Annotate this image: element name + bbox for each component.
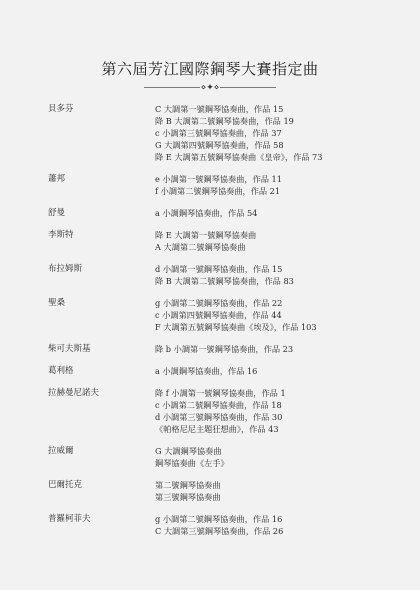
- composer-name: 普羅柯菲夫: [48, 513, 155, 537]
- works-list: d 小調第一號鋼琴協奏曲，作品 15降 B 大調第二號鋼琴協奏曲，作品 83: [155, 263, 388, 287]
- document-page: 第六屆芳江國際鋼琴大賽指定曲 ⋄✦⋄ 貝多芬C 大調第一號鋼琴協奏曲，作品 15…: [0, 0, 420, 590]
- work-item: e 小調第一號鋼琴協奏曲，作品 11: [155, 173, 388, 185]
- work-item: 降 B 大調第二號鋼琴協奏曲，作品 19: [155, 115, 388, 127]
- composer-name: 葛利格: [48, 365, 155, 377]
- work-item: A 大調第二號鋼琴協奏曲: [155, 241, 388, 253]
- page-title: 第六屆芳江國際鋼琴大賽指定曲: [0, 58, 420, 79]
- work-item: d 小調第一號鋼琴協奏曲，作品 15: [155, 263, 388, 275]
- work-item: 第二號鋼琴協奏曲: [155, 479, 388, 491]
- repertoire-list: 貝多芬C 大調第一號鋼琴協奏曲，作品 15降 B 大調第二號鋼琴協奏曲，作品 1…: [48, 103, 388, 547]
- work-item: C 大調第一號鋼琴協奏曲，作品 15: [155, 103, 388, 115]
- composer-entry: 舒曼a 小調鋼琴協奏曲，作品 54: [48, 207, 388, 219]
- work-item: 降 E 大調第五號鋼琴協奏曲《皇帝》，作品 73: [155, 151, 388, 163]
- composer-name: 拉威爾: [48, 445, 155, 469]
- composer-entry: 蕭邦e 小調第一號鋼琴協奏曲，作品 11f 小調第二號鋼琴協奏曲，作品 21: [48, 173, 388, 197]
- works-list: 降 f 小調第一號鋼琴協奏曲，作品 1c 小調第二號鋼琴協奏曲，作品 18d 小…: [155, 387, 388, 435]
- work-item: C 大調第三號鋼琴協奏曲，作品 26: [155, 525, 388, 537]
- composer-entry: 貝多芬C 大調第一號鋼琴協奏曲，作品 15降 B 大調第二號鋼琴協奏曲，作品 1…: [48, 103, 388, 163]
- works-list: g 小調第二號鋼琴協奏曲，作品 22c 小調第四號鋼琴協奏曲，作品 44F 大調…: [155, 297, 388, 333]
- composer-name: 巴爾托克: [48, 479, 155, 503]
- title-divider: ⋄✦⋄: [144, 85, 276, 91]
- composer-name: 李斯特: [48, 229, 155, 253]
- composer-entry: 普羅柯菲夫g 小調第二號鋼琴協奏曲，作品 16C 大調第三號鋼琴協奏曲，作品 2…: [48, 513, 388, 537]
- work-item: 降 b 小調第一號鋼琴協奏曲，作品 23: [155, 343, 388, 355]
- work-item: d 小調第三號鋼琴協奏曲，作品 30: [155, 411, 388, 423]
- composer-entry: 拉赫曼尼諾夫降 f 小調第一號鋼琴協奏曲，作品 1c 小調第二號鋼琴協奏曲，作品…: [48, 387, 388, 435]
- composer-entry: 聖桑g 小調第二號鋼琴協奏曲，作品 22c 小調第四號鋼琴協奏曲，作品 44F …: [48, 297, 388, 333]
- composer-name: 柴可夫斯基: [48, 343, 155, 355]
- work-item: a 小調鋼琴協奏曲，作品 54: [155, 207, 388, 219]
- works-list: e 小調第一號鋼琴協奏曲，作品 11f 小調第二號鋼琴協奏曲，作品 21: [155, 173, 388, 197]
- work-item: a 小調鋼琴協奏曲，作品 16: [155, 365, 388, 377]
- work-item: c 小調第三號鋼琴協奏曲，作品 37: [155, 127, 388, 139]
- work-item: 降 B 大調第二號鋼琴協奏曲，作品 83: [155, 275, 388, 287]
- work-item: 《帕格尼尼主題狂想曲》，作品 43: [155, 423, 388, 435]
- composer-entry: 李斯特降 E 大調第一號鋼琴協奏曲A 大調第二號鋼琴協奏曲: [48, 229, 388, 253]
- composer-entry: 布拉姆斯d 小調第一號鋼琴協奏曲，作品 15降 B 大調第二號鋼琴協奏曲，作品 …: [48, 263, 388, 287]
- composer-name: 蕭邦: [48, 173, 155, 197]
- work-item: G 大調鋼琴協奏曲: [155, 445, 388, 457]
- work-item: f 小調第二號鋼琴協奏曲，作品 21: [155, 185, 388, 197]
- composer-name: 貝多芬: [48, 103, 155, 163]
- works-list: g 小調第二號鋼琴協奏曲，作品 16C 大調第三號鋼琴協奏曲，作品 26: [155, 513, 388, 537]
- composer-name: 舒曼: [48, 207, 155, 219]
- works-list: G 大調鋼琴協奏曲鋼琴協奏曲《左手》: [155, 445, 388, 469]
- works-list: 降 b 小調第一號鋼琴協奏曲，作品 23: [155, 343, 388, 355]
- work-item: c 小調第四號鋼琴協奏曲，作品 44: [155, 309, 388, 321]
- work-item: 第三號鋼琴協奏曲: [155, 491, 388, 503]
- composer-entry: 巴爾托克第二號鋼琴協奏曲第三號鋼琴協奏曲: [48, 479, 388, 503]
- works-list: a 小調鋼琴協奏曲，作品 16: [155, 365, 388, 377]
- composer-entry: 拉威爾G 大調鋼琴協奏曲鋼琴協奏曲《左手》: [48, 445, 388, 469]
- work-item: 降 E 大調第一號鋼琴協奏曲: [155, 229, 388, 241]
- composer-entry: 柴可夫斯基降 b 小調第一號鋼琴協奏曲，作品 23: [48, 343, 388, 355]
- work-item: F 大調第五號鋼琴協奏曲《埃及》，作品 103: [155, 321, 388, 333]
- composer-name: 布拉姆斯: [48, 263, 155, 287]
- composer-name: 拉赫曼尼諾夫: [48, 387, 155, 435]
- composer-entry: 葛利格a 小調鋼琴協奏曲，作品 16: [48, 365, 388, 377]
- work-item: c 小調第二號鋼琴協奏曲，作品 18: [155, 399, 388, 411]
- work-item: G 大調第四號鋼琴協奏曲，作品 58: [155, 139, 388, 151]
- works-list: 降 E 大調第一號鋼琴協奏曲A 大調第二號鋼琴協奏曲: [155, 229, 388, 253]
- work-item: 鋼琴協奏曲《左手》: [155, 457, 388, 469]
- work-item: g 小調第二號鋼琴協奏曲，作品 16: [155, 513, 388, 525]
- composer-name: 聖桑: [48, 297, 155, 333]
- ornament-icon: ⋄✦⋄: [200, 82, 220, 94]
- works-list: 第二號鋼琴協奏曲第三號鋼琴協奏曲: [155, 479, 388, 503]
- work-item: 降 f 小調第一號鋼琴協奏曲，作品 1: [155, 387, 388, 399]
- divider-line-right: [220, 87, 276, 88]
- works-list: a 小調鋼琴協奏曲，作品 54: [155, 207, 388, 219]
- divider-line-left: [144, 87, 200, 88]
- work-item: g 小調第二號鋼琴協奏曲，作品 22: [155, 297, 388, 309]
- works-list: C 大調第一號鋼琴協奏曲，作品 15降 B 大調第二號鋼琴協奏曲，作品 19c …: [155, 103, 388, 163]
